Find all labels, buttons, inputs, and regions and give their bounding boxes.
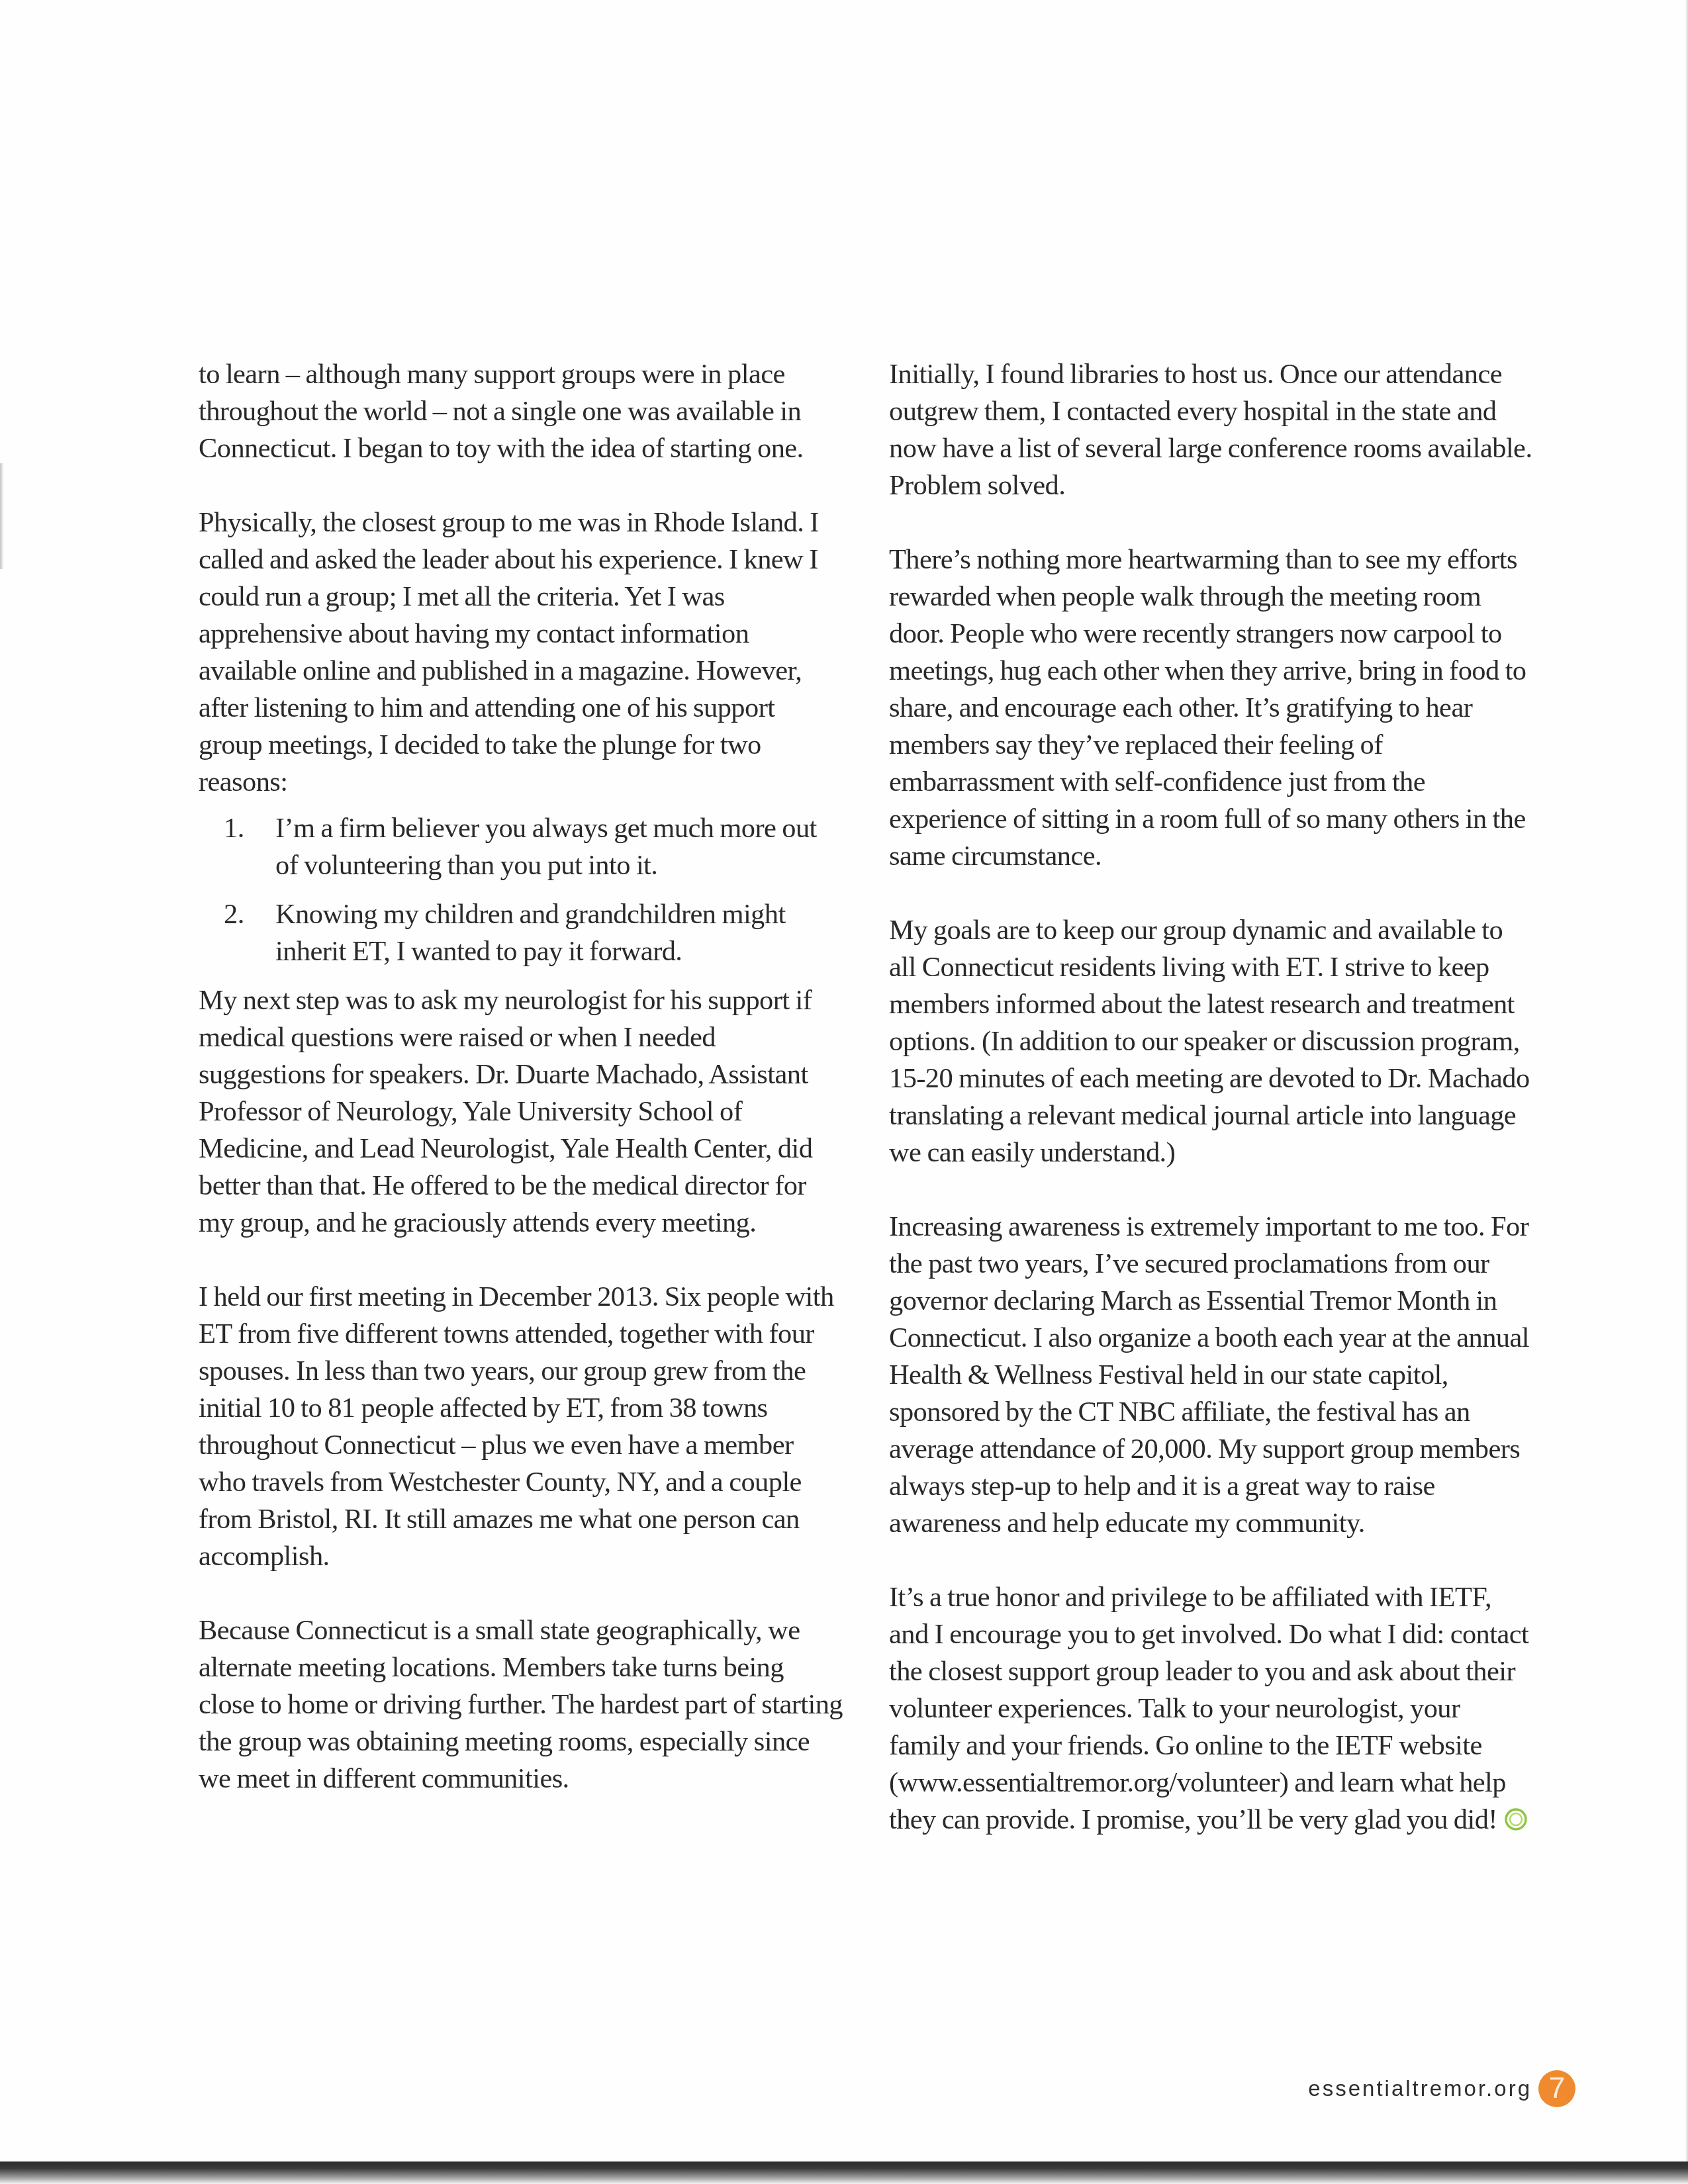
list-item-text: Knowing my children and grandchildren mi… [275,899,786,967]
list-number: 1. [224,810,244,847]
paragraph: My next step was to ask my neurologist f… [199,982,844,1242]
paragraph: There’s nothing more heartwarming than t… [889,541,1534,875]
scan-edge-right [1685,0,1688,2164]
magazine-page: to learn – although many support groups … [0,0,1688,2184]
article-column-right: Initially, I found libraries to host us.… [889,356,1534,1876]
page-number-badge: 7 [1538,2070,1575,2107]
closing-paragraph: It’s a true honor and privilege to be af… [889,1579,1534,1839]
list-item-text: I’m a firm believer you always get much … [275,813,817,881]
paragraph: I held our first meeting in December 201… [199,1279,844,1575]
article-column-left: to learn – although many support groups … [199,356,844,1835]
spiral-circle-icon [1504,1804,1528,1828]
paragraph: My goals are to keep our group dynamic a… [889,912,1534,1171]
scan-edge-shadow [0,463,4,569]
list-number: 2. [224,896,244,933]
paragraph: Because Connecticut is a small state geo… [199,1612,844,1797]
paragraph: Increasing awareness is extremely import… [889,1208,1534,1542]
list-item: 2. Knowing my children and grandchildren… [199,896,844,970]
paragraph: Initially, I found libraries to host us.… [889,356,1534,504]
page-footer: essentialtremor.org 7 [1308,2070,1575,2107]
paragraph: Physically, the closest group to me was … [199,504,844,801]
reasons-list: 1. I’m a firm believer you always get mu… [199,810,844,970]
closing-text: It’s a true honor and privilege to be af… [889,1582,1528,1835]
paragraph: to learn – although many support groups … [199,356,844,467]
scan-bottom-shadow [0,2161,1688,2184]
footer-website: essentialtremor.org [1308,2076,1532,2101]
list-item: 1. I’m a firm believer you always get mu… [199,810,844,884]
